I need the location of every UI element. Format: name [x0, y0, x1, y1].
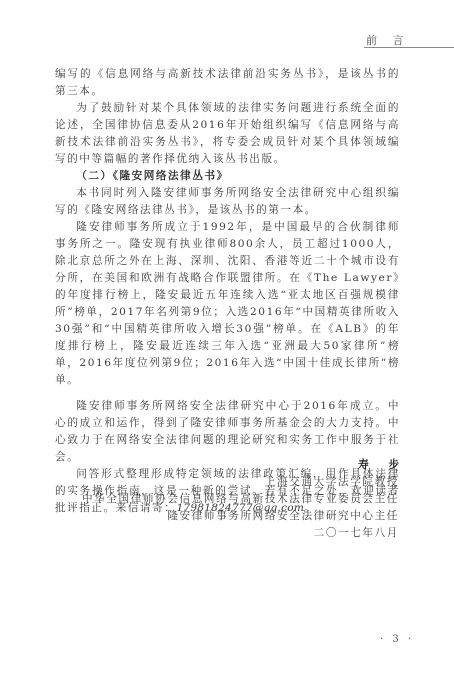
author-name: 寿 步 — [82, 457, 407, 474]
author-title-university: 上海交通大学法学院教授 — [82, 474, 399, 491]
page-number: · 3 · — [380, 634, 414, 645]
signature-date: 二〇一七年八月 — [82, 525, 399, 542]
paragraph-firm-intro: 隆安律师事务所成立于1992年，是中国最早的合伙制律师事务所之一。隆安现有执业律… — [55, 219, 400, 389]
paragraph-research-center: 隆安律师事务所网络安全法律研究中心于2016年成立。中心的成立和运作，得到了隆安… — [55, 398, 400, 466]
section-heading: （二）《隆安网络法律丛书》 — [55, 168, 400, 185]
running-head: 前 言 — [366, 32, 410, 48]
paragraph-continuation: 编写的《信息网络与高新技术法律前沿实务丛书》，是该丛书的第三本。 — [55, 66, 400, 100]
signature-block: 寿 步 上海交通大学法学院教授 中华全国律师协会信息网络与高新技术法律专业委员会… — [82, 457, 399, 542]
body-text: 编写的《信息网络与高新技术法律前沿实务丛书》，是该丛书的第三本。 为了鼓励针对某… — [55, 66, 400, 517]
author-title-association: 中华全国律师协会信息网络与高新技术法律专业委员会主任 — [82, 491, 399, 508]
paragraph-longan-series: 本书同时列入隆安律师事务所网络安全法律研究中心组织编写的《隆安网络法律丛书》，是… — [55, 185, 400, 219]
paragraph-gap — [55, 389, 400, 398]
paragraph-series-intro: 为了鼓励针对某个具体领域的法律实务问题进行系统全面的论述，全国律协信息委从201… — [55, 100, 400, 168]
header-rule — [364, 47, 454, 48]
author-title-research-center: 隆安律师事务所网络安全法律研究中心主任 — [82, 508, 399, 525]
